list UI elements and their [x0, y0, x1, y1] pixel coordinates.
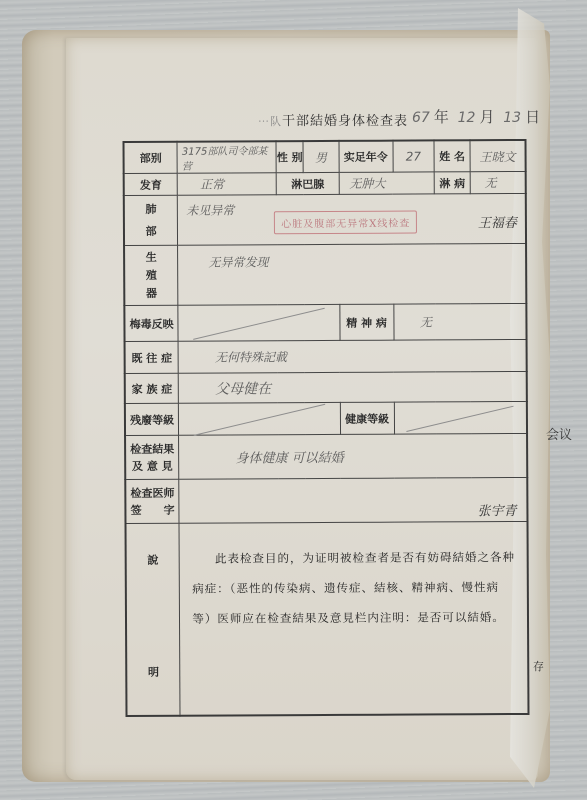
lungs-label: 肺 部: [124, 195, 178, 245]
mental-value: 无: [393, 303, 526, 340]
department-value: 3175部队司令部某营: [177, 141, 276, 173]
lungs-label-1: 肺: [125, 198, 177, 220]
development-value: 正常: [178, 173, 277, 196]
notes-text: 此表检查目的，为证明被检查者是否有妨碍結婚之各种病症：（恶性的传染病、遗传症、結…: [180, 522, 527, 634]
title-text: 干部結婚身体检查表: [282, 114, 408, 129]
row-basic-info: 部别 3175部队司令部某营 性 别 男 实足年令 27 姓 名 王晓文: [124, 140, 526, 174]
row-development: 发育 正常 淋巴腺 无肿大 淋 病 无: [124, 171, 526, 195]
mental-label: 精 神 病: [340, 304, 394, 340]
notes-label-1: 說: [127, 552, 179, 568]
history-label: 既 往 症: [125, 341, 179, 373]
name-value: 王晓文: [470, 140, 526, 172]
lungs-value: 未见异常: [186, 201, 234, 218]
sex-label: 性 别: [276, 141, 303, 173]
date-day: 13: [503, 110, 521, 126]
result-label-2: 及 意 見: [126, 457, 178, 474]
result-label: 检查結果 及 意 見: [125, 435, 179, 479]
row-family: 家 族 症 父母健在: [125, 371, 527, 403]
development-label: 发育: [124, 173, 178, 195]
family-value: 父母健在: [179, 371, 527, 403]
date-month-label: 月: [479, 108, 494, 126]
health-label: 健康等級: [340, 402, 394, 434]
lymph-label: 淋巴腺: [276, 172, 339, 194]
name-label: 姓 名: [434, 140, 470, 172]
row-notes: 說 明 此表检查目的，为证明被检查者是否有妨碍結婚之各种病症：（恶性的传染病、遗…: [125, 521, 528, 715]
row-doctor: 检查医师 签 字 张宇青: [125, 477, 527, 523]
lungs-signature: 王福春: [478, 212, 517, 231]
row-genitals: 生 殖 器 无异常发现: [124, 243, 526, 305]
date-year: 67: [412, 110, 430, 126]
syphilis-label: 梅毒反映: [124, 305, 178, 341]
doctor-label-1: 检查医师: [126, 484, 178, 501]
genitals-label-1: 生: [125, 248, 177, 266]
row-disability: 残廢等級 健康等級: [125, 401, 527, 435]
disability-label: 残廢等級: [125, 403, 179, 435]
date-month: 12: [458, 110, 476, 126]
sex-value: 男: [303, 141, 339, 173]
lymph-value: 无肿大: [339, 172, 435, 194]
age-value: 27: [393, 140, 435, 172]
genitals-value: 无异常发现: [178, 243, 526, 305]
notes-label: 說 明: [125, 523, 180, 715]
result-label-1: 检查結果: [126, 440, 178, 457]
health-value: [394, 401, 527, 434]
title-prefix: ⋯队: [258, 115, 282, 128]
doctor-signature: 张宇青: [179, 477, 527, 523]
age-label: 实足年令: [339, 141, 393, 173]
disability-value: [179, 402, 341, 435]
genitals-label-2: 殖: [125, 266, 177, 284]
doctor-label-2: 签 字: [126, 501, 178, 518]
row-syphilis: 梅毒反映 精 神 病 无: [124, 303, 526, 341]
edge-fragment-text: 会议: [536, 400, 576, 470]
doctor-label: 检查医师 签 字: [125, 479, 179, 523]
row-history: 既 往 症 无何特殊記載: [125, 339, 527, 373]
venereal-value: 无: [470, 171, 526, 193]
department-label: 部别: [124, 142, 178, 174]
date-year-label: 年: [434, 108, 449, 126]
notes-cell: 此表检查目的，为证明被检查者是否有妨碍結婚之各种病症：（恶性的传染病、遗传症、結…: [179, 521, 528, 715]
document-date: 67年 12月 13日: [408, 106, 540, 127]
notes-label-2: 明: [127, 664, 179, 680]
date-day-label: 日: [525, 108, 540, 126]
lungs-cell: 未见异常 心脏及腹部无异常X线检查 王福春: [178, 193, 526, 245]
edge-fragment-text-bottom: 存: [533, 658, 544, 674]
exam-form-table: 部别 3175部队司令部某营 性 别 男 实足年令 27 姓 名 王晓文 发育 …: [122, 139, 529, 717]
syphilis-value: [178, 304, 340, 341]
xray-stamp: 心脏及腹部无异常X线检查: [274, 211, 417, 235]
venereal-label: 淋 病: [434, 172, 470, 194]
history-value: 无何特殊記載: [178, 339, 526, 373]
document-title: ⋯队干部結婚身体检查表: [258, 110, 408, 129]
family-label: 家 族 症: [125, 373, 179, 403]
lungs-label-2: 部: [125, 220, 177, 242]
result-value: 身体健康 可以結婚: [179, 433, 527, 479]
row-result: 检查結果 及 意 見 身体健康 可以結婚: [125, 433, 527, 479]
genitals-label-3: 器: [125, 284, 177, 302]
genitals-label: 生 殖 器: [124, 245, 178, 305]
row-lungs: 肺 部 未见异常 心脏及腹部无异常X线检查 王福春: [124, 193, 526, 245]
